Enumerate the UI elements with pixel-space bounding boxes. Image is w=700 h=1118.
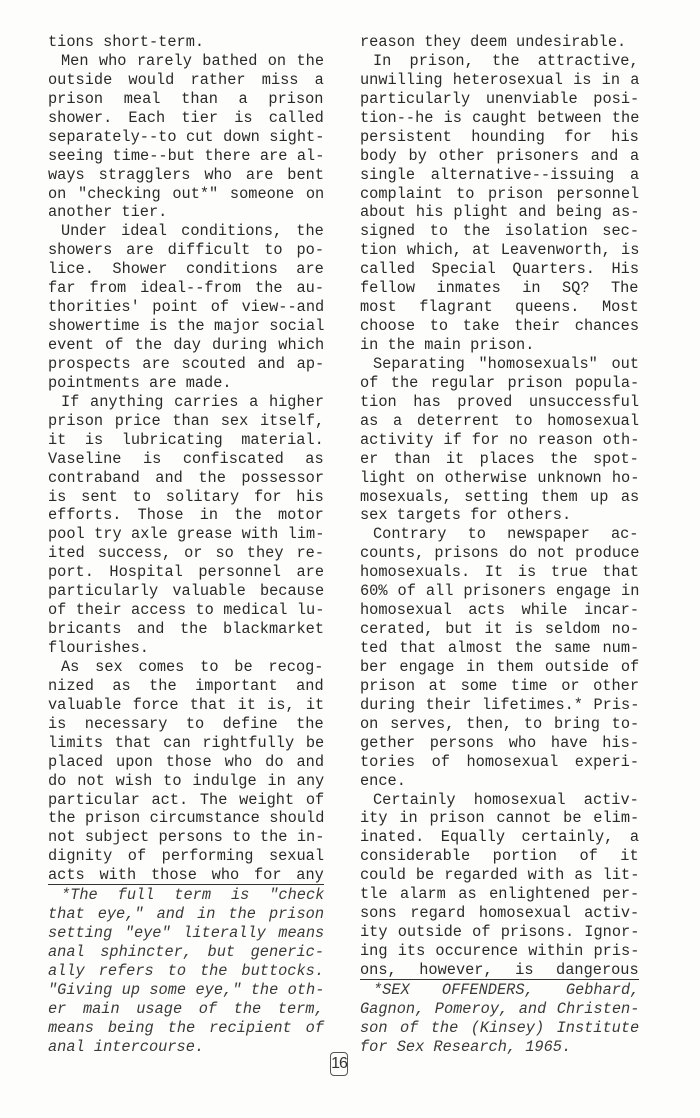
scan-speck — [362, 1042, 365, 1045]
page-number: 16 — [330, 1052, 348, 1076]
text-line: Vaseline is confiscated as — [48, 450, 324, 469]
text-line: pointments are made. — [48, 374, 324, 393]
text-line: prison price than sex itself, — [48, 412, 324, 431]
text-line: mosexuals, setting them up as — [360, 488, 639, 507]
text-line: son of the (Kinsey) Institute — [360, 1019, 639, 1038]
text-line: as a deterrent to homosexual — [360, 412, 639, 431]
text-line: showertime is the major social — [48, 317, 324, 336]
text-line: Men who rarely bathed on the — [48, 52, 324, 71]
text-line: bricants and the blackmarket — [48, 620, 324, 639]
text-line: ally refers to the buttocks. — [48, 962, 324, 981]
text-line: tories of homosexual experi- — [360, 753, 639, 772]
right-column: reason they deem undesirable.In prison, … — [360, 33, 639, 1057]
text-line: tle alarm as enlightened per- — [360, 885, 639, 904]
text-line: ity outside of prisons. Ignor- — [360, 923, 639, 942]
text-line: 60% of all prisoners engage in — [360, 582, 639, 601]
text-line: ons, however, is dangerous — [360, 961, 639, 980]
text-line: sex targets for others. — [360, 506, 639, 525]
text-line: of their access to medical lu- — [48, 601, 324, 620]
text-line: homosexuals. It is true that — [360, 563, 639, 582]
text-line: is sent to solitary for his — [48, 488, 324, 507]
text-line: single alternative--issuing a — [360, 166, 639, 185]
text-line: particularly unenviable posi- — [360, 90, 639, 109]
text-line: counts, prisons do not produce — [360, 544, 639, 563]
text-line: ited success, or so they re- — [48, 544, 324, 563]
left-column-body: tions short-term.Men who rarely bathed o… — [48, 33, 324, 885]
text-line: tion which, at Leavenworth, is — [360, 241, 639, 260]
text-line: particularly valuable because — [48, 582, 324, 601]
text-line: tion has proved unsuccessful — [360, 393, 639, 412]
text-line: in the main prison. — [360, 336, 639, 355]
text-line: means being the recipient of — [48, 1019, 324, 1038]
text-line: efforts. Those in the motor — [48, 506, 324, 525]
text-line: acts with those who for any — [48, 866, 324, 885]
text-line: particular act. The weight of — [48, 791, 324, 810]
text-line: event of the day during which — [48, 336, 324, 355]
text-line: could be regarded with as lit- — [360, 866, 639, 885]
text-line: er than it places the spot- — [360, 450, 639, 469]
text-line: cerated, but it is seldom no- — [360, 620, 639, 639]
text-line: inated. Equally certainly, a — [360, 828, 639, 847]
text-line: pool try axle grease with lim- — [48, 525, 324, 544]
left-column: tions short-term.Men who rarely bathed o… — [48, 33, 324, 1057]
text-line: unwilling heterosexual is in a — [360, 71, 639, 90]
text-line: persistent hounding for his — [360, 128, 639, 147]
text-line: In prison, the attractive, — [360, 52, 639, 71]
text-line: anal intercourse. — [48, 1038, 324, 1057]
text-line: Certainly homosexual activ- — [360, 791, 639, 810]
text-line: prospects are scouted and ap- — [48, 355, 324, 374]
text-line: shower. Each tier is called — [48, 109, 324, 128]
right-column-body: reason they deem undesirable.In prison, … — [360, 33, 639, 980]
text-line: not subject persons to the in- — [48, 828, 324, 847]
text-line: complaint to prison personnel — [360, 185, 639, 204]
text-line: separately--to cut down sight- — [48, 128, 324, 147]
text-line: If anything carries a higher — [48, 393, 324, 412]
right-column-footnote: *SEX OFFENDERS, Gebhard,Gagnon, Pomeroy,… — [360, 981, 639, 1057]
text-line: outside would rather miss a — [48, 71, 324, 90]
text-line: prison at some time or other — [360, 677, 639, 696]
text-line: another tier. — [48, 203, 324, 222]
left-column-footnote: *The full term is "checkthat eye," and i… — [48, 886, 324, 1056]
text-line: most flagrant queens. Most — [360, 298, 639, 317]
text-line: far from ideal--from the au- — [48, 279, 324, 298]
text-line: ence. — [360, 772, 639, 791]
text-line: activity if for no reason oth- — [360, 431, 639, 450]
text-line: contraband and the possessor — [48, 469, 324, 488]
text-line: called Special Quarters. His — [360, 260, 639, 279]
text-line: sons regard homosexual activ- — [360, 904, 639, 923]
text-line: during their lifetimes.* Pris- — [360, 696, 639, 715]
text-line: As sex comes to be recog- — [48, 658, 324, 677]
text-line: tions short-term. — [48, 33, 324, 52]
text-line: for Sex Research, 1965. — [360, 1038, 639, 1057]
text-line: er main usage of the term, — [48, 1000, 324, 1019]
text-line: that eye," and in the prison — [48, 905, 324, 924]
text-line: Gagnon, Pomeroy, and Christen- — [360, 1000, 639, 1019]
text-line: considerable portion of it — [360, 847, 639, 866]
text-line: ing its occurence within pris- — [360, 942, 639, 961]
text-line: Contrary to newspaper ac- — [360, 525, 639, 544]
text-line: lice. Shower conditions are — [48, 260, 324, 279]
text-line: do not wish to indulge in any — [48, 772, 324, 791]
text-line: is necessary to define the — [48, 715, 324, 734]
text-line: prison meal than a prison — [48, 90, 324, 109]
text-line: flourishes. — [48, 639, 324, 658]
text-line: setting "eye" literally means — [48, 924, 324, 943]
text-line: of the regular prison popula- — [360, 374, 639, 393]
text-line: nized as the important and — [48, 677, 324, 696]
text-line: body by other prisoners and a — [360, 147, 639, 166]
text-line: light on otherwise unknown ho- — [360, 469, 639, 488]
text-line: limits that can rightfully be — [48, 734, 324, 753]
text-line: it is lubricating material. — [48, 431, 324, 450]
text-line: homosexual acts while incar- — [360, 601, 639, 620]
text-line: port. Hospital personnel are — [48, 563, 324, 582]
text-line: tion--he is caught between the — [360, 109, 639, 128]
text-line: signed to the isolation sec- — [360, 222, 639, 241]
text-line: seeing time--but there are al- — [48, 147, 324, 166]
text-line: on serves, then, to bring to- — [360, 715, 639, 734]
text-line: valuable force that it is, it — [48, 696, 324, 715]
text-line: Separating "homosexuals" out — [360, 355, 639, 374]
text-line: anal sphincter, but generic- — [48, 943, 324, 962]
text-line: showers are difficult to po- — [48, 241, 324, 260]
text-line: Under ideal conditions, the — [48, 222, 324, 241]
text-line: fellow inmates in SQ? The — [360, 279, 639, 298]
text-line: placed upon those who do and — [48, 753, 324, 772]
document-page: tions short-term.Men who rarely bathed o… — [0, 0, 700, 1118]
text-line: ways stragglers who are bent — [48, 166, 324, 185]
text-line: reason they deem undesirable. — [360, 33, 639, 52]
text-line: the prison circumstance should — [48, 809, 324, 828]
text-line: choose to take their chances — [360, 317, 639, 336]
text-line: thorities' point of view--and — [48, 298, 324, 317]
text-line: gether persons who have his- — [360, 734, 639, 753]
text-line: *SEX OFFENDERS, Gebhard, — [360, 981, 639, 1000]
text-line: "Giving up some eye," the oth- — [48, 981, 324, 1000]
text-line: on "checking out*" someone on — [48, 185, 324, 204]
text-line: ted that almost the same num- — [360, 639, 639, 658]
text-line: *The full term is "check — [48, 886, 324, 905]
text-line: ber engage in them outside of — [360, 658, 639, 677]
text-line: about his plight and being as- — [360, 203, 639, 222]
text-line: ity in prison cannot be elim- — [360, 809, 639, 828]
text-line: dignity of performing sexual — [48, 847, 324, 866]
